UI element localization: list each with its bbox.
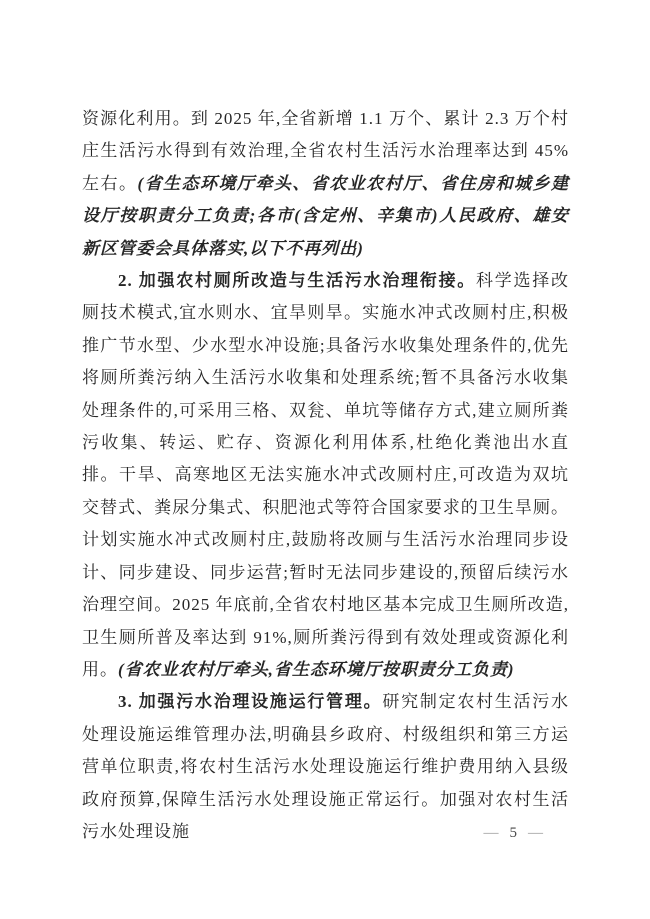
paragraph: 资源化利用。到 2025 年,全省新增 1.1 万个、累计 2.3 万个村庄生活…	[82, 103, 569, 265]
document-body: 资源化利用。到 2025 年,全省新增 1.1 万个、累计 2.3 万个村庄生活…	[82, 103, 569, 848]
page-footer: —5—	[0, 822, 650, 844]
body-text-run: 研究制定农村生活污水处理设施运维管理办法,明确县乡政府、村级组织和第三方运营单位…	[82, 692, 569, 841]
footer-dash-right: —	[528, 825, 543, 841]
body-text-run: 科学选择改厕技术模式,宜水则水、宜旱则旱。实施水冲式改厕村庄,积极推广节水型、少…	[82, 271, 569, 679]
responsibility-note-run: (省农业农村厅牵头,省生态环境厅按职责分工负责)	[118, 660, 515, 679]
responsibility-note-run: (省生态环境厅牵头、省农业农村厅、省住房和城乡建设厅按职责分工负责;各市(含定州…	[82, 174, 569, 258]
page-number: 5	[510, 825, 518, 841]
document-page: 资源化利用。到 2025 年,全省新增 1.1 万个、累计 2.3 万个村庄生活…	[0, 0, 650, 919]
footer-dash-left: —	[484, 825, 499, 841]
paragraph-heading-run: 2. 加强农村厕所改造与生活污水治理衔接。	[118, 271, 476, 290]
paragraph: 2. 加强农村厕所改造与生活污水治理衔接。科学选择改厕技术模式,宜水则水、宜旱则…	[82, 265, 569, 686]
paragraph-heading-run: 3. 加强污水治理设施运行管理。	[118, 692, 382, 711]
